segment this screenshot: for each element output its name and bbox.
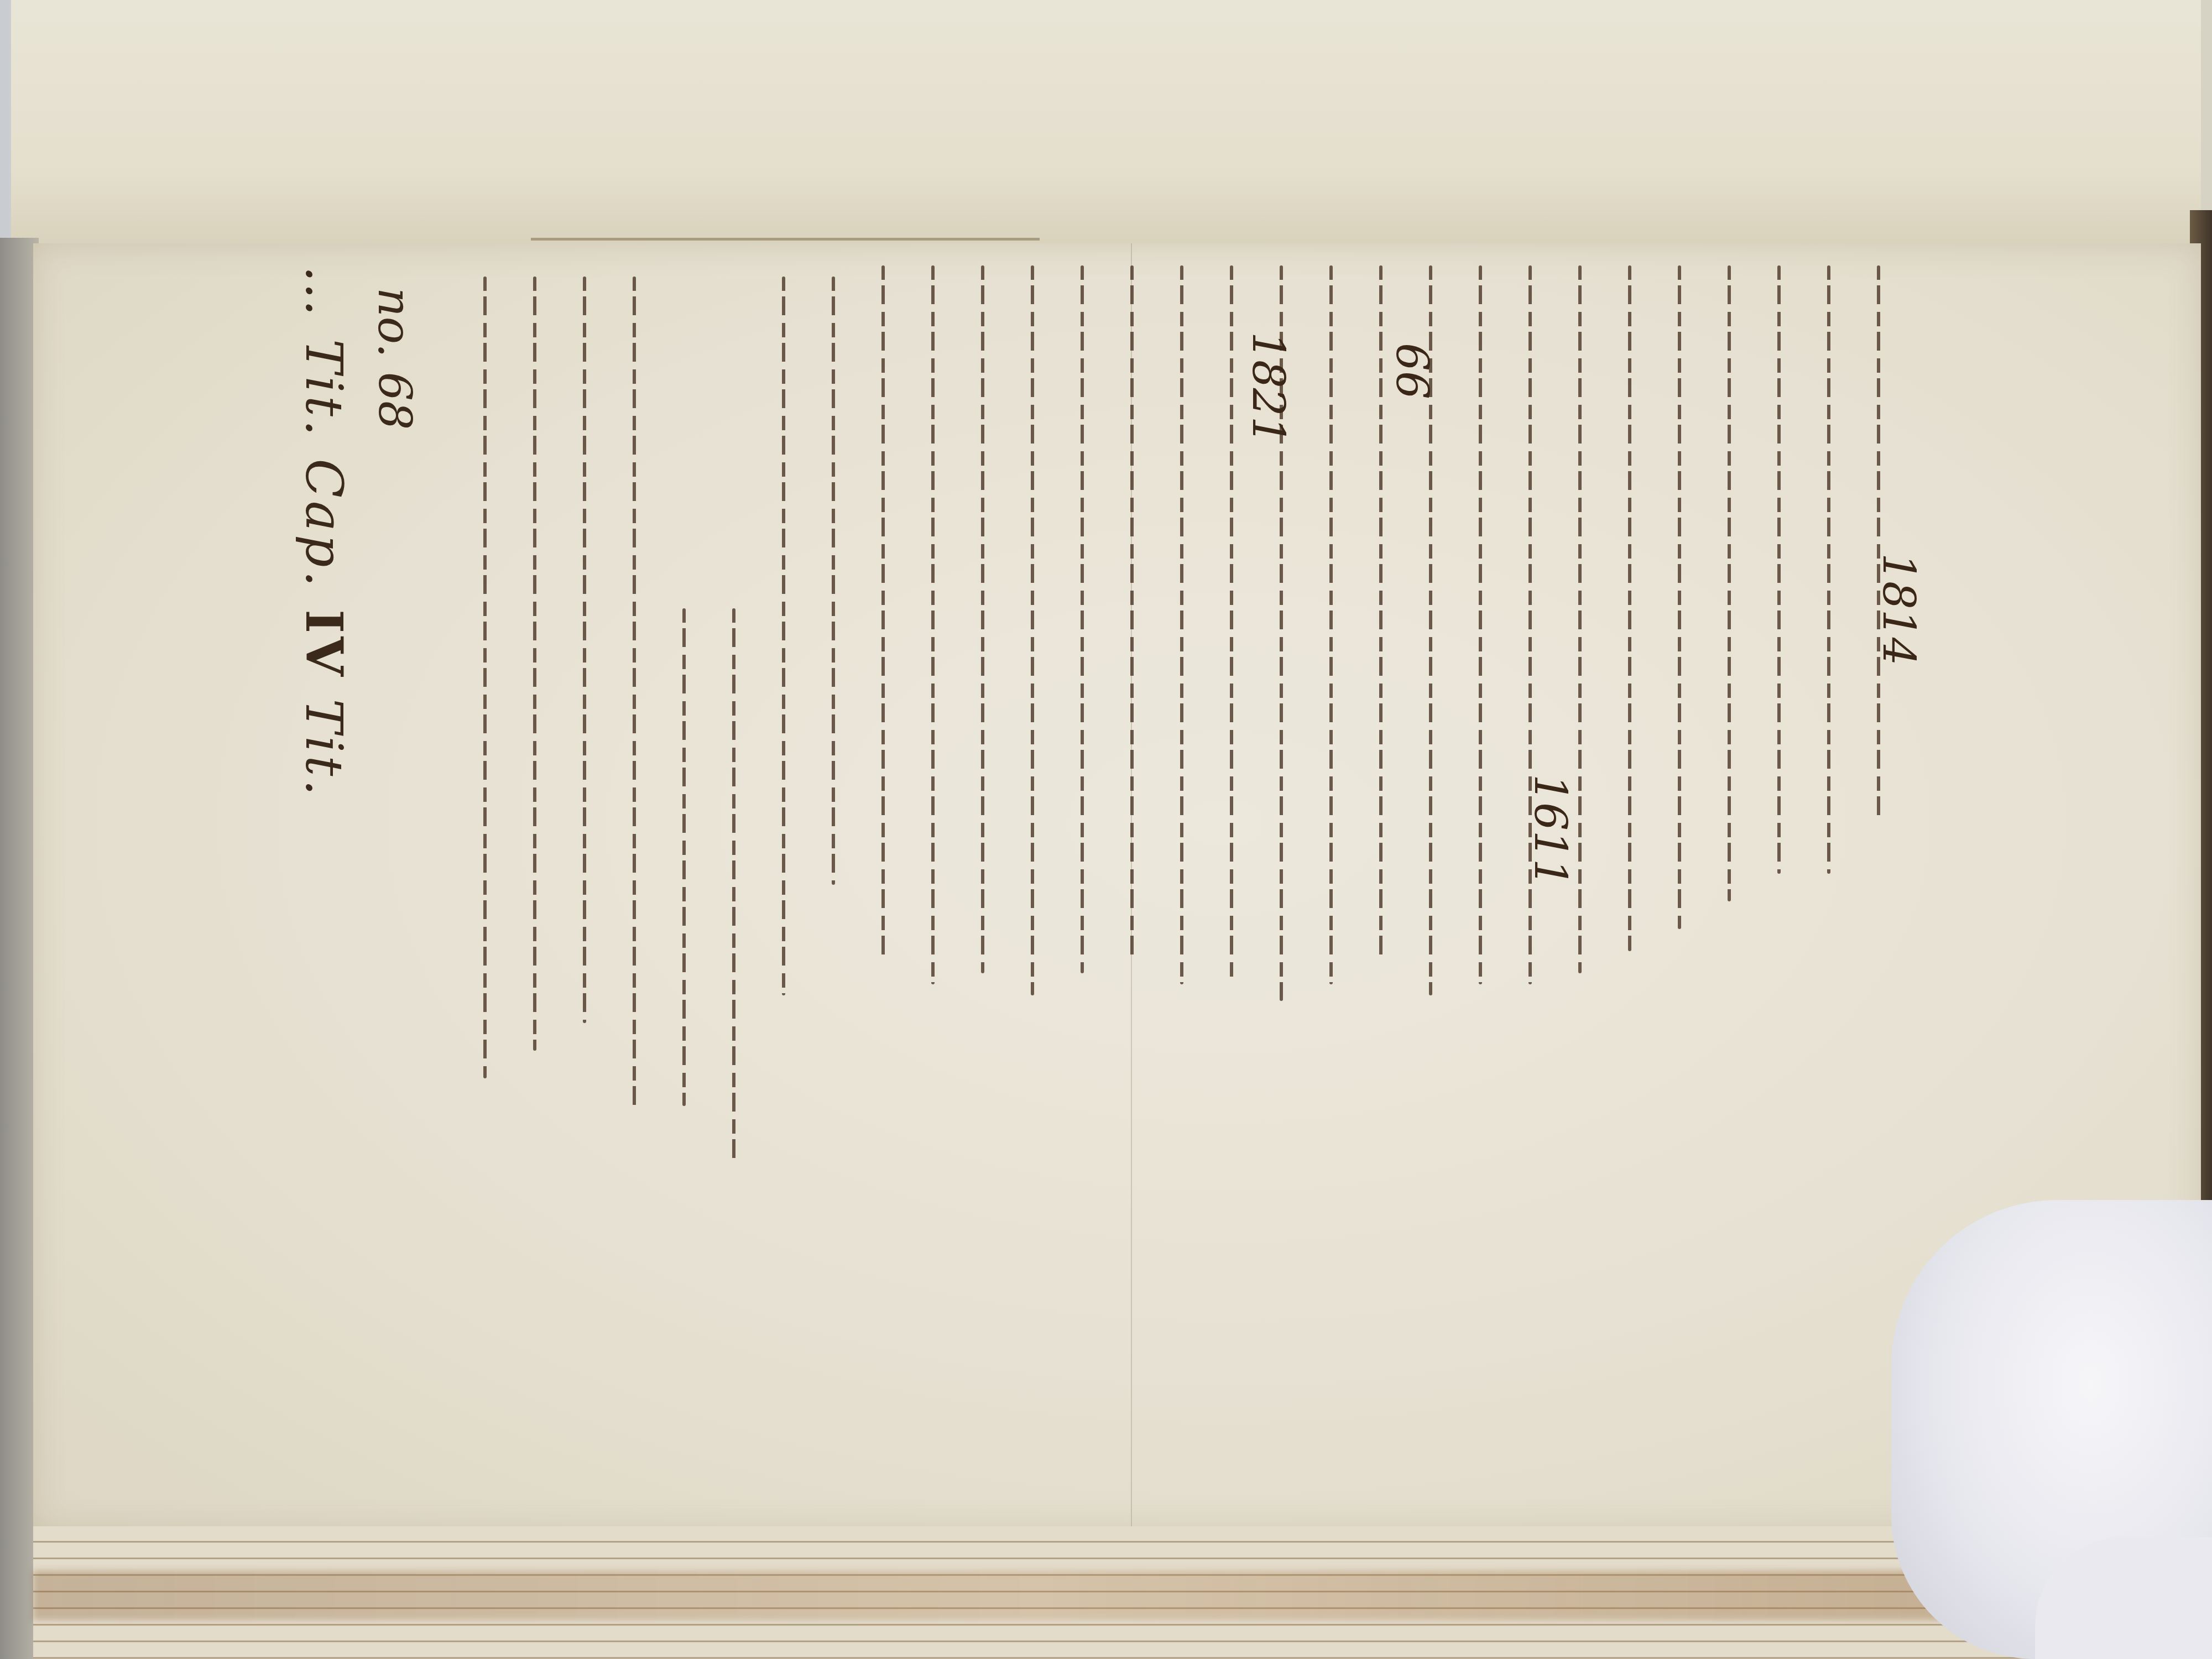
heading-line: … Tit. Cap. IV Tit.	[294, 265, 354, 799]
facing-page	[11, 0, 2201, 245]
handwriting-line	[1578, 265, 1582, 973]
handwriting-line	[1081, 265, 1084, 973]
numeral-1611: 1611	[1525, 774, 1576, 887]
numeral-1821: 1821	[1243, 332, 1294, 445]
handwriting-line	[583, 276, 586, 1023]
heading-right-text: Tit.	[294, 699, 353, 799]
handwriting-line	[1329, 265, 1333, 984]
handwriting-line	[533, 276, 536, 1051]
handwriting-line	[782, 276, 785, 995]
numeral-1814: 1814	[1873, 553, 1924, 666]
handwriting-line	[1180, 265, 1183, 984]
handwriting-line	[1628, 265, 1631, 951]
heading-roman-numeral: IV	[294, 609, 354, 679]
handwriting-line	[931, 265, 935, 984]
page-top-rule	[531, 238, 1040, 241]
handwriting-line	[483, 276, 487, 1078]
handwriting-line	[1230, 265, 1233, 979]
handwriting-line	[633, 276, 636, 1106]
handwriting-line	[881, 265, 885, 957]
water-stain	[33, 1571, 2046, 1620]
reference-line: no. 68	[368, 288, 420, 430]
heading-left-text: … Tit. Cap.	[294, 265, 353, 590]
handwriting-line	[832, 276, 835, 885]
handwriting-line	[1379, 265, 1383, 962]
handwriting-line	[1877, 265, 1880, 818]
handwriting-line	[981, 265, 984, 973]
handwriting-line	[1031, 265, 1034, 995]
numeral-66: 66	[1386, 343, 1438, 399]
reference-number: no. 68	[368, 288, 420, 430]
manuscript-page	[33, 243, 2201, 1532]
handwriting-line	[1827, 265, 1830, 874]
handwriting-line	[1130, 265, 1134, 957]
handwriting-line	[1479, 265, 1482, 984]
handwriting-line	[1728, 265, 1731, 901]
handwriting-line	[732, 608, 735, 1161]
handwriting-line	[1777, 265, 1781, 874]
handwriting-line	[682, 608, 686, 1106]
handwriting-line	[1678, 265, 1681, 929]
